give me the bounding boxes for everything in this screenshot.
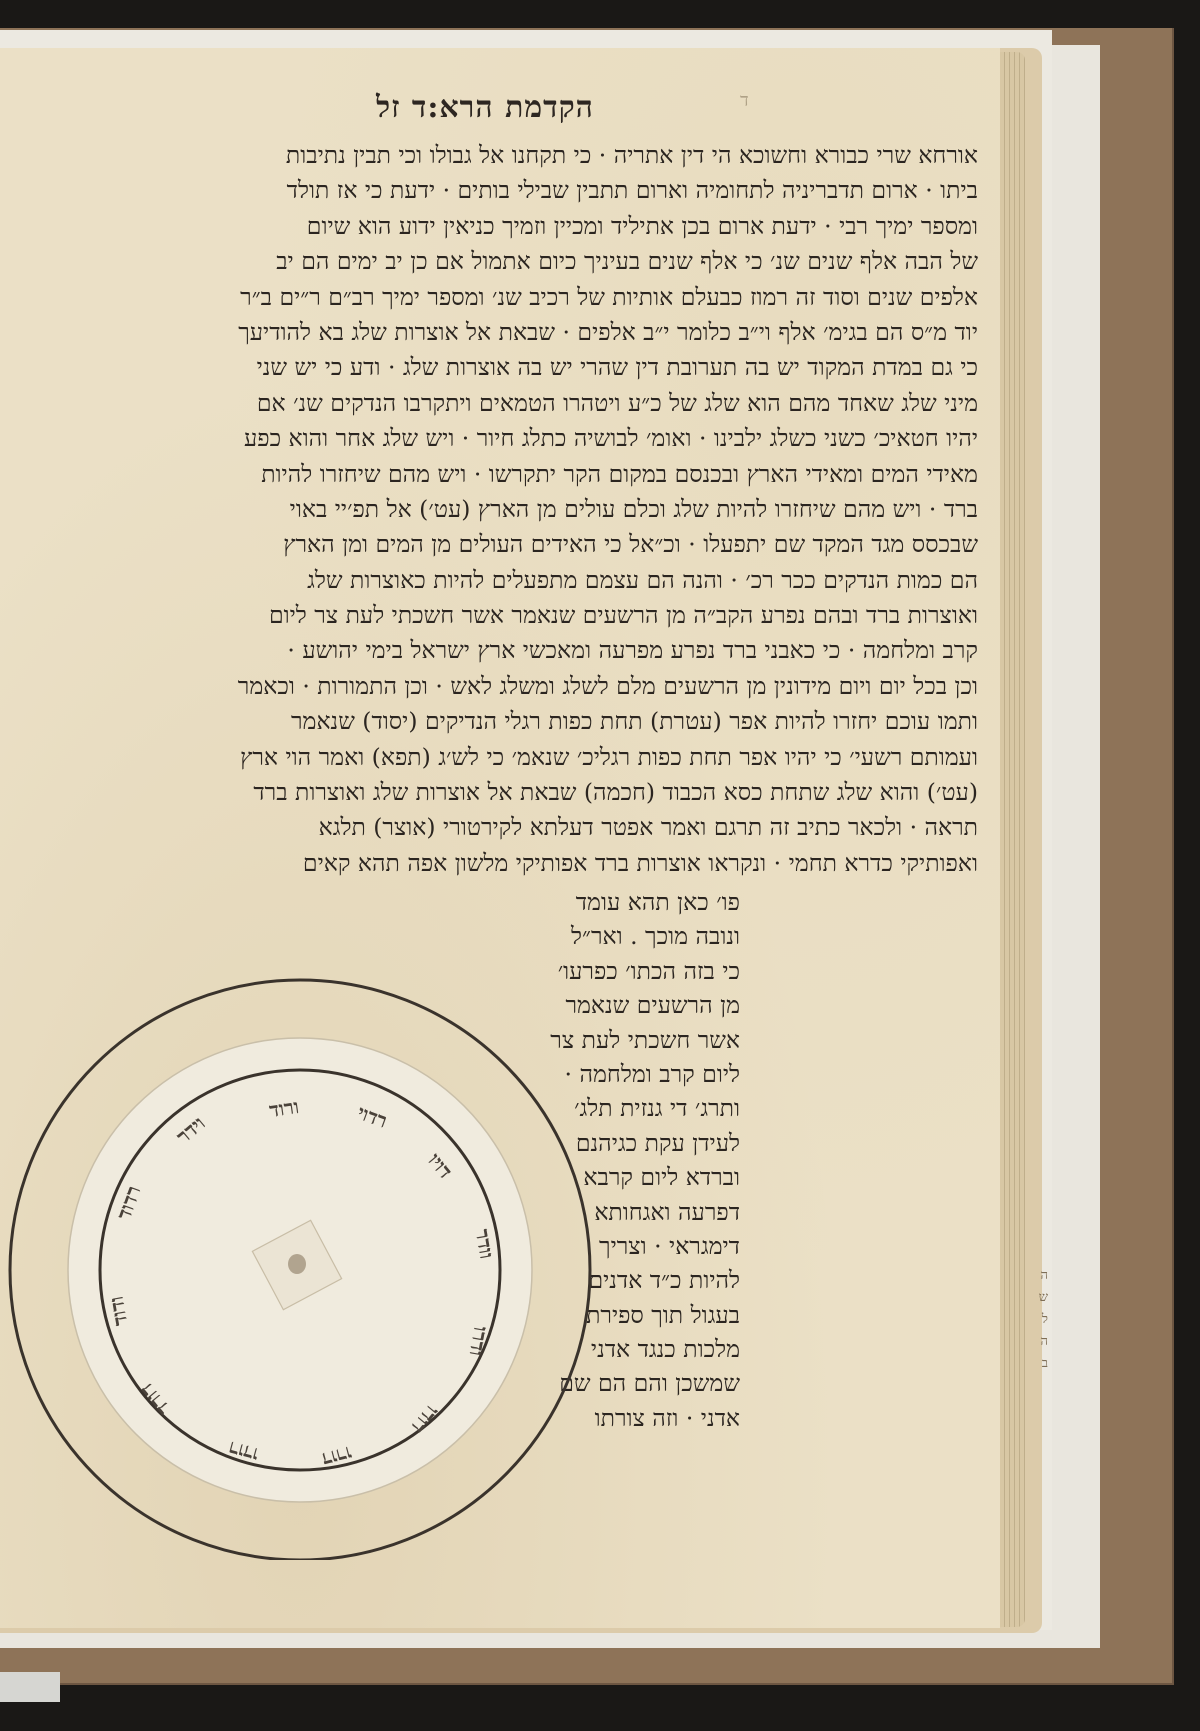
text-line: וכן בכל יום ויום מידונין מן הרשעים מלם ל… <box>0 669 978 704</box>
text-line: בעגול תוך ספירת <box>590 1298 740 1332</box>
running-head: הקדמת הרא:ד זל <box>295 90 675 125</box>
main-text-block: אורחא שרי כבורא וחשוכא הי דין אתריה · כי… <box>0 138 978 881</box>
text-line: ותמו עוכם יחזרו להיות אפר (עטרת) תחת כפו… <box>0 704 978 739</box>
pivot-mark <box>288 1254 306 1274</box>
text-line: כי גם במדת המקוד יש בה תערובת דין שהרי י… <box>0 350 978 385</box>
text-line: לעידן עקת כגיהנם <box>590 1126 740 1160</box>
inner-word: וודר <box>470 1227 499 1260</box>
svg-text:אדני אדיב אדרי אכוד אורב אוכר: אדני אדיב אדרי אכוד אורב אוכר דכוח דגול … <box>0 940 8 946</box>
inner-word: ורוד <box>268 1094 301 1122</box>
text-line: מיני שלג שאחד מהם הוא שלג של כ״ע ויטהרו … <box>0 386 978 421</box>
text-line: יהיו חטאיכ׳ כשני כשלג ילבינו · ואומ׳ לבו… <box>0 421 978 456</box>
margin-note: ש <box>1028 1287 1048 1309</box>
text-line: וברדא ליום קרבא <box>590 1160 740 1194</box>
inner-word: ודוד <box>104 1295 133 1328</box>
text-line: ואוצרות ברד ובהם נפרע הקב״ה מן הרשעים שנ… <box>0 598 978 633</box>
folio-mark: ד <box>740 90 749 111</box>
side-text-column: פו׳ כאן תהא עומד ונובה מוכך . ואר״ל כי ב… <box>590 885 740 1435</box>
margin-note: ב <box>1028 1353 1048 1375</box>
outer-ring-text: אדני אדיב אדרי אכוד אורב אוכר דכוח דגול … <box>0 940 8 946</box>
text-line: מלכות כנגד אדני <box>590 1332 740 1366</box>
text-line: ומספר ימיך רבי · ידעת ארום בכן אתיליד ומ… <box>0 209 978 244</box>
clip-tab <box>0 1672 60 1702</box>
text-line: תראה · ולכאר כתיב זה תרגם ואמר אפטר דעלת… <box>0 810 978 845</box>
text-line: שבכסס מגד המקד שם יתפעלו · וכ״אל כי האיד… <box>0 527 978 562</box>
text-line: ואפותיקי כדרא תחמי · ונקראו אוצרות ברד א… <box>0 846 978 881</box>
margin-note: ה <box>1028 1265 1048 1287</box>
text-line: אשר חשכתי לעת צר <box>590 1023 740 1057</box>
text-line: מן הרשעים שנאמר <box>590 988 740 1022</box>
text-line: אדני · וזה צורתו <box>590 1401 740 1435</box>
text-line: של הבה אלף שנים שנ׳ כי אלף שנים בעיניך כ… <box>0 244 978 279</box>
text-line: ליום קרב ומלחמה · <box>590 1057 740 1091</box>
text-line: אלפים שנים וסוד זה רמוז כבעלם אותיות של … <box>0 280 978 315</box>
text-line: ביתו · ארום תדבריניה לתחומיה וארום תתבין… <box>0 173 978 208</box>
text-line: ועמותם רשעי׳ כי יהיו אפר תחת כפות רגליכ׳… <box>0 740 978 775</box>
text-line: ברד · ויש מהם שיחזרו להיות שלג וכלם עולי… <box>0 492 978 527</box>
text-line: קרב ומלחמה · כי כאבני ברד נפרע מפרעה ומא… <box>0 633 978 668</box>
inner-word: ודרו <box>464 1325 493 1358</box>
text-line: כי בזה הכתו׳ כפרעו׳ <box>590 954 740 988</box>
text-line: דפרעה ואגחותא <box>590 1195 740 1229</box>
text-line: מאידי המים ומאידי הארץ ובכנסם במקום הקר … <box>0 457 978 492</box>
text-line: יוד מ״ס הם בגימ׳ אלף וי״ב כלומר י״ב אלפי… <box>0 315 978 350</box>
text-line: דימגראי · וצריך <box>590 1229 740 1263</box>
text-line: אורחא שרי כבורא וחשוכא הי דין אתריה · כי… <box>0 138 978 173</box>
volvelle-diagram: אדני אדיב אדרי אכוד אורב אוכר דכוח דגול … <box>0 940 600 1560</box>
margin-note: ה <box>1028 1331 1048 1353</box>
text-line: ותרג׳ די גנזית תלג׳ <box>590 1091 740 1125</box>
text-line: ונובה מוכך . ואר״ל <box>590 919 740 953</box>
text-line: פו׳ כאן תהא עומד <box>590 885 740 919</box>
margin-note: ל <box>1028 1309 1048 1331</box>
margin-notes: ה ש ל ה ב <box>1028 1265 1048 1375</box>
text-line: להיות כ״ד אדנים <box>590 1263 740 1297</box>
text-line: (עט׳) והוא שלג שתחת כסא הכבוד (חכמה) שבא… <box>0 775 978 810</box>
text-line: שמשכן והם הם שם <box>590 1366 740 1400</box>
text-line: הם כמות הנדקים ככר רכ׳ · והנה הם עצמם מת… <box>0 563 978 598</box>
